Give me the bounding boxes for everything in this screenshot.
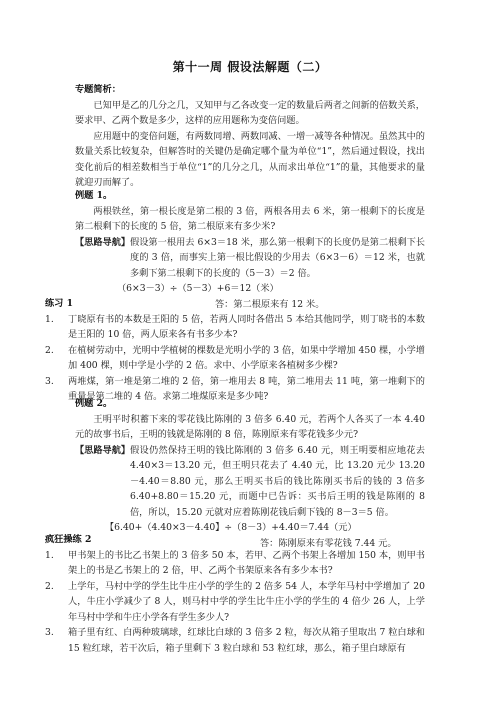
example-1-formula: （6×3－3）÷（5－3）+6＝12（米） (75, 281, 425, 297)
practice-1-heading: 练习 1 (45, 296, 425, 312)
example-2-problem: 王明平时积蓄下来的零花钱比陈刚的 3 倍多 6.40 元，若两个人各买了一本 4… (75, 412, 425, 443)
intro-heading: 专题简析： (75, 82, 425, 98)
list-item: 2.上学年，马村中学的学生比牛庄小学的学生的 2 倍多 54 人，本学年马村中学… (45, 579, 425, 626)
practice-1-section: 练习 1 1.丁晓原有书的本数是王阳的 5 倍，若两人同时各借出 5 本给其他同… (45, 296, 425, 405)
intro-paragraph-2: 应用题中的变倍问题，有两数同增、两数同减、一增一减等各种情况。虽然其中的数量关系… (75, 129, 425, 191)
example-1-hint: 【思路导航】 假设第一根用去 6×3＝18 米，那么第一根剩下的长度仍是第二根剩… (75, 235, 425, 282)
list-item: 2.在植树劳动中，光明中学植树的棵数是光明小学的 3 倍，如果中学增加 450 … (45, 343, 425, 374)
list-item: 3.箱子里有红、白两种玻璃球，红球比白球的 3 倍多 2 粒，每次从箱子里取出 … (45, 625, 425, 656)
document-page: 第十一周 假设法解题（二） 专题简析： 已知甲是乙的几分之几，又知甲与乙各改变一… (0, 0, 500, 707)
intro-section: 专题简析： 已知甲是乙的几分之几，又知甲与乙各改变一定的数量后两者之间新的倍数关… (75, 82, 425, 191)
list-item: 1.丁晓原有书的本数是王阳的 5 倍，若两人同时各借出 5 本给其他同学，则丁晓… (45, 312, 425, 343)
hint-text: 假设仍然保持王明的钱比陈刚的 3 倍多 6.40 元，则王明要相应地花去 4.4… (130, 443, 425, 521)
example-1-section: 例题 1。 两根铁丝，第一根长度是第二根的 3 倍，两根各用去 6 米，第一根剩… (75, 188, 425, 312)
example-1-problem: 两根铁丝，第一根长度是第二根的 3 倍，两根各用去 6 米，第一根剩下的长度是第… (75, 204, 425, 235)
practice-1-list: 1.丁晓原有书的本数是王阳的 5 倍，若两人同时各借出 5 本给其他同学，则丁晓… (45, 312, 425, 405)
hint-label: 【思路导航】 (75, 443, 130, 521)
intro-paragraph-1: 已知甲是乙的几分之几，又知甲与乙各改变一定的数量后两者之间新的倍数关系，要求甲、… (75, 98, 425, 129)
list-item: 1.甲书架上的书比乙书架上的 3 倍多 50 本，若甲、乙两个书架上各增加 15… (45, 548, 425, 579)
example-2-heading: 例题 2。 (75, 396, 425, 412)
practice-2-heading: 疯狂操练 2 (45, 532, 425, 548)
practice-2-list: 1.甲书架上的书比乙书架上的 3 倍多 50 本，若甲、乙两个书架上各增加 15… (45, 548, 425, 657)
hint-label: 【思路导航】 (75, 235, 130, 282)
example-2-hint: 【思路导航】 假设仍然保持王明的钱比陈刚的 3 倍多 6.40 元，则王明要相应… (75, 443, 425, 521)
hint-text: 假设第一根用去 6×3＝18 米，那么第一根剩下的长度仍是第二根剩下长度的 3 … (130, 235, 425, 282)
example-2-section: 例题 2。 王明平时积蓄下来的零花钱比陈刚的 3 倍多 6.40 元，若两个人各… (75, 396, 425, 551)
practice-2-section: 疯狂操练 2 1.甲书架上的书比乙书架上的 3 倍多 50 本，若甲、乙两个书架… (45, 532, 425, 656)
example-1-heading: 例题 1。 (75, 188, 425, 204)
page-title: 第十一周 假设法解题（二） (0, 58, 500, 75)
